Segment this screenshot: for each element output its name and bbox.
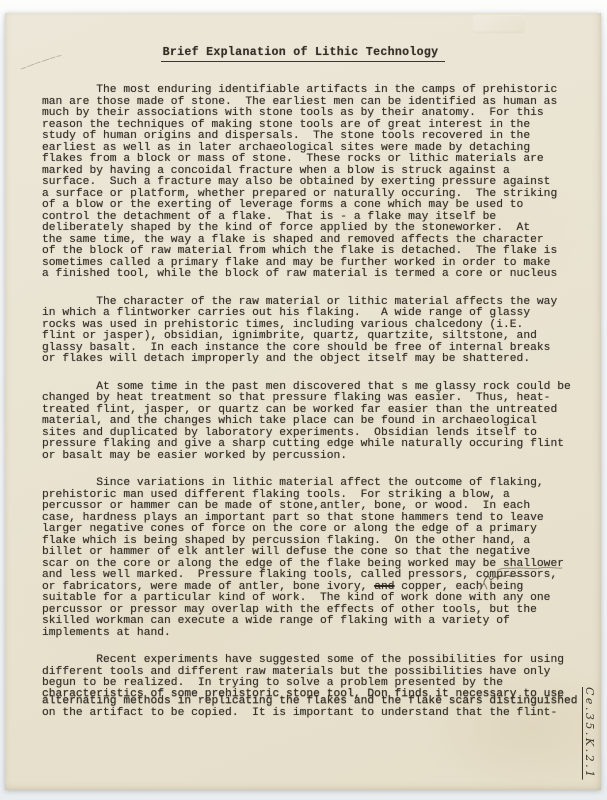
paragraph-3: At some time in the past men discovered …: [42, 382, 601, 463]
paragraph-4: Since variations in lithic material affe…: [42, 478, 601, 639]
catalog-number: Ce.35.K.2.1: [583, 687, 596, 787]
paragraph-5-overlapped-lines: characteristics of some prehistoric ston…: [42, 690, 601, 708]
scan-background: { "document": { "title": "Brief Explanat…: [0, 0, 607, 800]
paragraph-2: The character of the raw material or lit…: [42, 297, 601, 366]
paragraph-5: Recent experiments have suggested some o…: [42, 655, 601, 719]
paragraph-4-text-before-strike: Since variations in lithic material affe…: [42, 477, 564, 593]
embossed-stamp: [473, 15, 525, 33]
page-title-text: Brief Explanation of Lithic Technology: [161, 46, 446, 62]
struck-word: and: [374, 581, 394, 593]
page-title: Brief Explanation of Lithic Technology: [5, 47, 601, 59]
paragraph-5-text-bottom: on the artifact to be copied. It is impo…: [42, 708, 601, 720]
document-page: Brief Explanation of Lithic Technology T…: [5, 13, 601, 790]
paragraph-5-text-top: Recent experiments have suggested some o…: [42, 655, 601, 690]
paragraph-1: The most enduring identifiable artifacts…: [42, 85, 601, 281]
pencil-mark: [19, 51, 63, 73]
